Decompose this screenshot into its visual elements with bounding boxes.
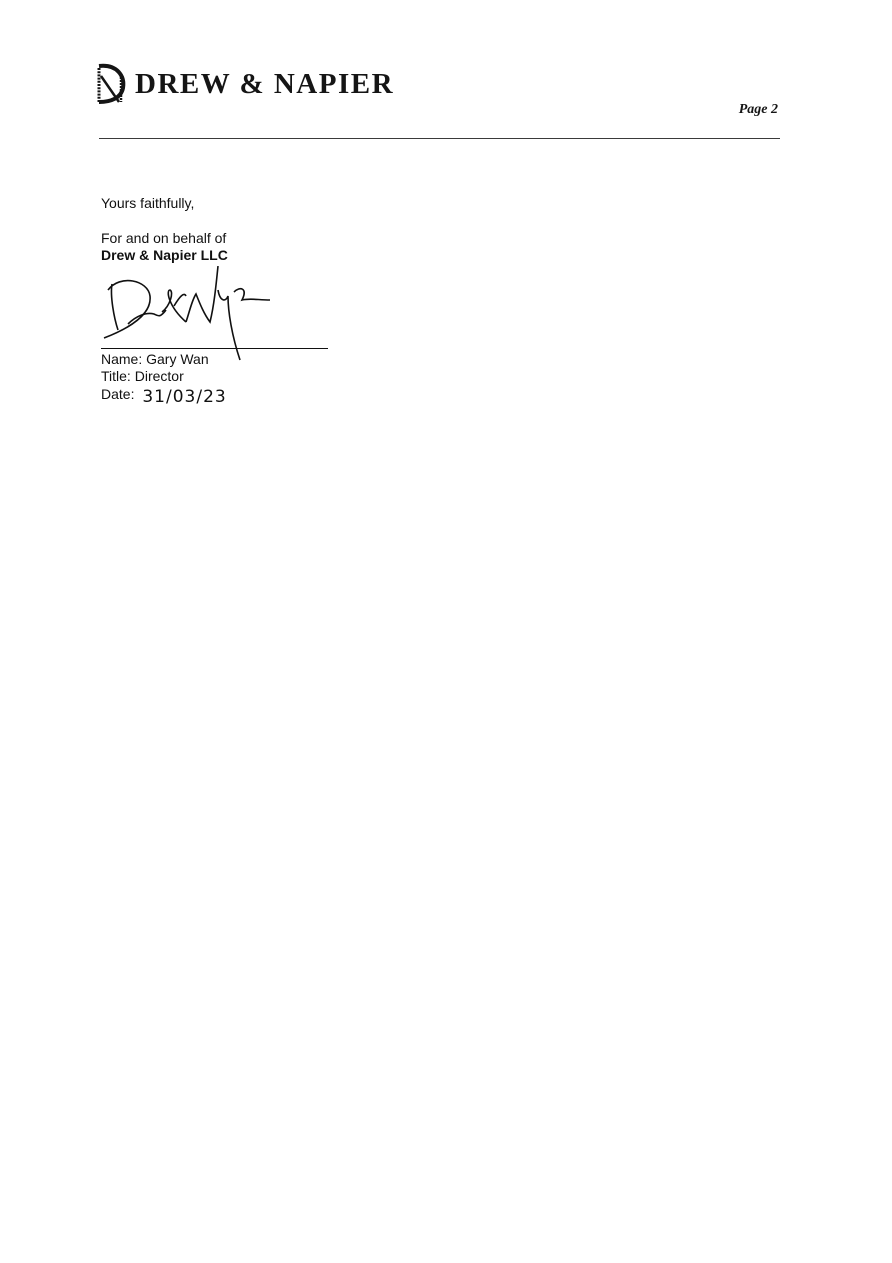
signature-date: Date: 31/03/23 [101,386,227,403]
date-label: Date: [101,386,134,402]
drew-napier-logo-icon [95,62,129,106]
on-behalf-of: For and on behalf of [101,230,226,247]
signature-line [101,348,328,349]
closing-salutation: Yours faithfully, [101,195,194,212]
name-value: Gary Wan [146,351,209,367]
name-label: Name: [101,351,142,367]
letterhead: DREW & NAPIER [95,62,394,106]
header-divider [99,138,780,139]
firm-name: DREW & NAPIER [135,68,394,101]
signatory-name: Name: Gary Wan [101,351,209,368]
title-value: Director [135,368,184,384]
signatory-title: Title: Director [101,368,184,385]
page-number: Page 2 [739,102,778,118]
firm-legal-name: Drew & Napier LLC [101,247,228,264]
date-value: 31/03/23 [142,387,226,407]
title-label: Title: [101,368,131,384]
